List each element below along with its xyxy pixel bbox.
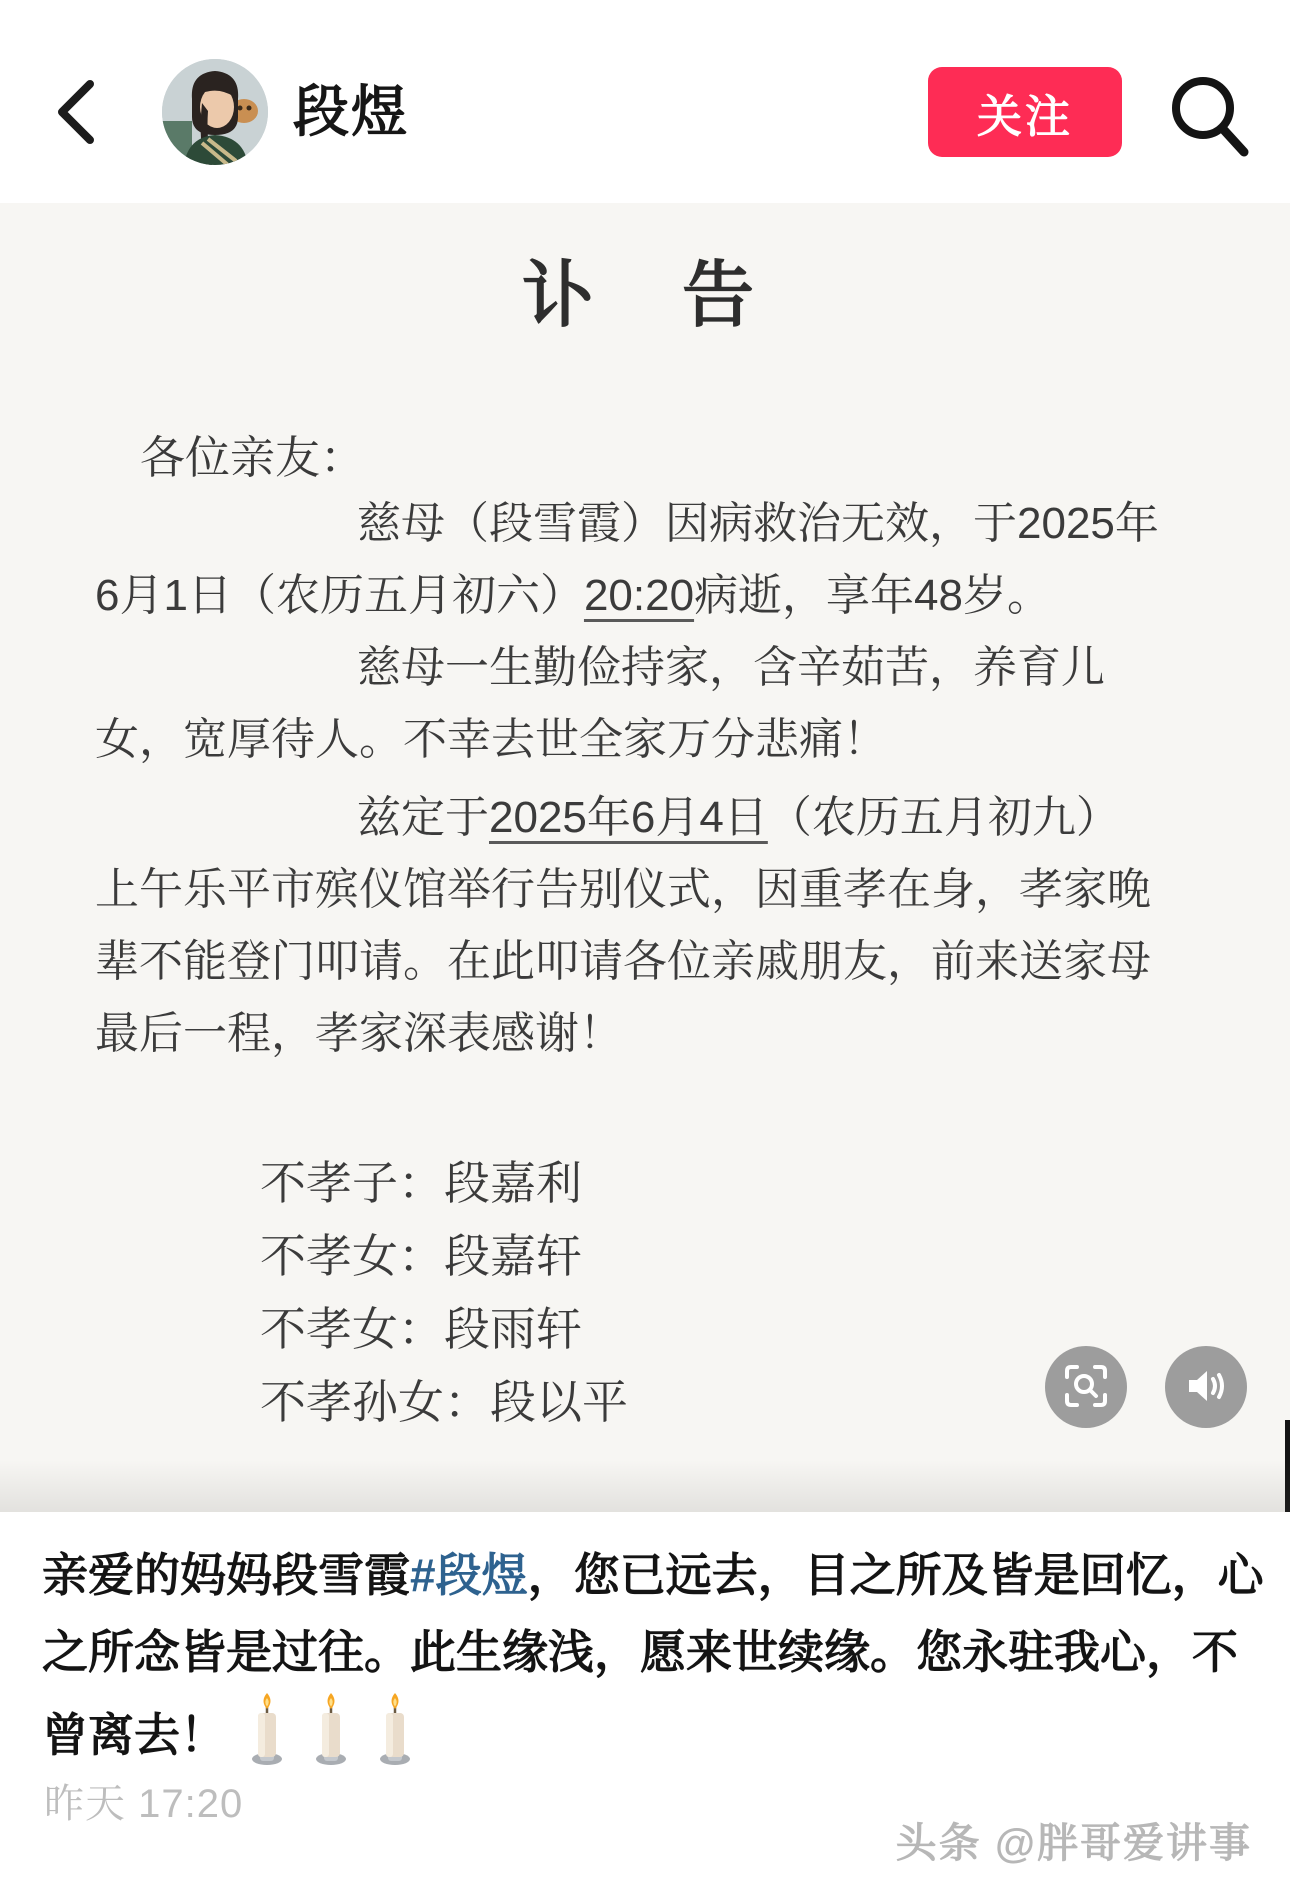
speaker-icon [1183,1363,1229,1412]
candles-row [248,1691,414,1765]
obituary-line: 辈不能登门叩请。在此叩请各位亲戚朋友，前来送家母 [95,926,1225,998]
mourner-row: 不孝女：段雨轩 [260,1293,628,1366]
obituary-line: 上午乐平市殡仪馆举行告别仪式，因重孝在身，孝家晚 [95,854,1225,926]
scan-search-icon [1063,1363,1109,1412]
obituary-image[interactable]: 讣 告 各位亲友： 慈母（段雪霞）因病救治无效，于2025年 6月1日（农历五月… [0,203,1290,1512]
mourners-list: 不孝子：段嘉利 不孝女：段嘉轩 不孝女：段雨轩 不孝孙女：段以平 [260,1147,628,1439]
header-bar: 段煜 关注 [0,0,1290,203]
obituary-line: 女，宽厚待人。不幸去世全家万分悲痛！ [95,704,1225,776]
caption-line: 之所念皆是过往。此生缘浅，愿来世续缘。您永驻我心，不 [42,1614,1260,1691]
search-icon [1165,148,1255,165]
mourner-row: 不孝女：段嘉轩 [260,1220,628,1293]
candle-icon [248,1691,286,1765]
obituary-line: 慈母（段雪霞）因病救治无效，于2025年 [95,488,1225,560]
image-search-button[interactable] [1045,1346,1127,1428]
back-button[interactable] [48,72,104,152]
obituary-title: 讣 告 [0,237,1290,341]
caption-line: 曾离去！ [42,1691,1260,1774]
obituary-line: 兹定于2025年6月4日（农历五月初九） [95,782,1225,854]
mourner-row: 不孝孙女：段以平 [260,1366,628,1439]
avatar-photo [162,59,268,165]
mourner-row: 不孝子：段嘉利 [260,1147,628,1220]
candle-icon [312,1691,350,1765]
speaker-button[interactable] [1165,1346,1247,1428]
caption-line: 亲爱的妈妈段雪霞#段煜，您已远去，目之所及皆是回忆，心 [42,1537,1260,1614]
obituary-line: 慈母一生勤俭持家，含辛茹苦，养育儿 [95,632,1225,704]
chevron-left-icon [48,139,104,156]
search-button[interactable] [1165,66,1255,161]
obituary-line: 最后一程，孝家深表感谢！ [95,998,1225,1070]
candle-icon [376,1691,414,1765]
username: 段煜 [293,80,409,144]
follow-button[interactable]: 关注 [928,67,1122,157]
obituary-body: 慈母（段雪霞）因病救治无效，于2025年 6月1日（农历五月初六）20:20病逝… [95,488,1225,1070]
hashtag-link[interactable]: #段煜 [410,1549,528,1601]
post-caption: 亲爱的妈妈段雪霞#段煜，您已远去，目之所及皆是回忆，心 之所念皆是过往。此生缘浅… [42,1537,1260,1774]
post-timestamp: 昨天 17:20 [44,1772,243,1829]
obituary-salutation: 各位亲友： [140,421,365,486]
avatar[interactable] [162,59,268,165]
obituary-line: 6月1日（农历五月初六）20:20病逝，享年48岁。 [95,560,1225,632]
scroll-indicator [1285,1420,1290,1512]
watermark: 头条 @胖哥爱讲事 [896,1810,1252,1869]
